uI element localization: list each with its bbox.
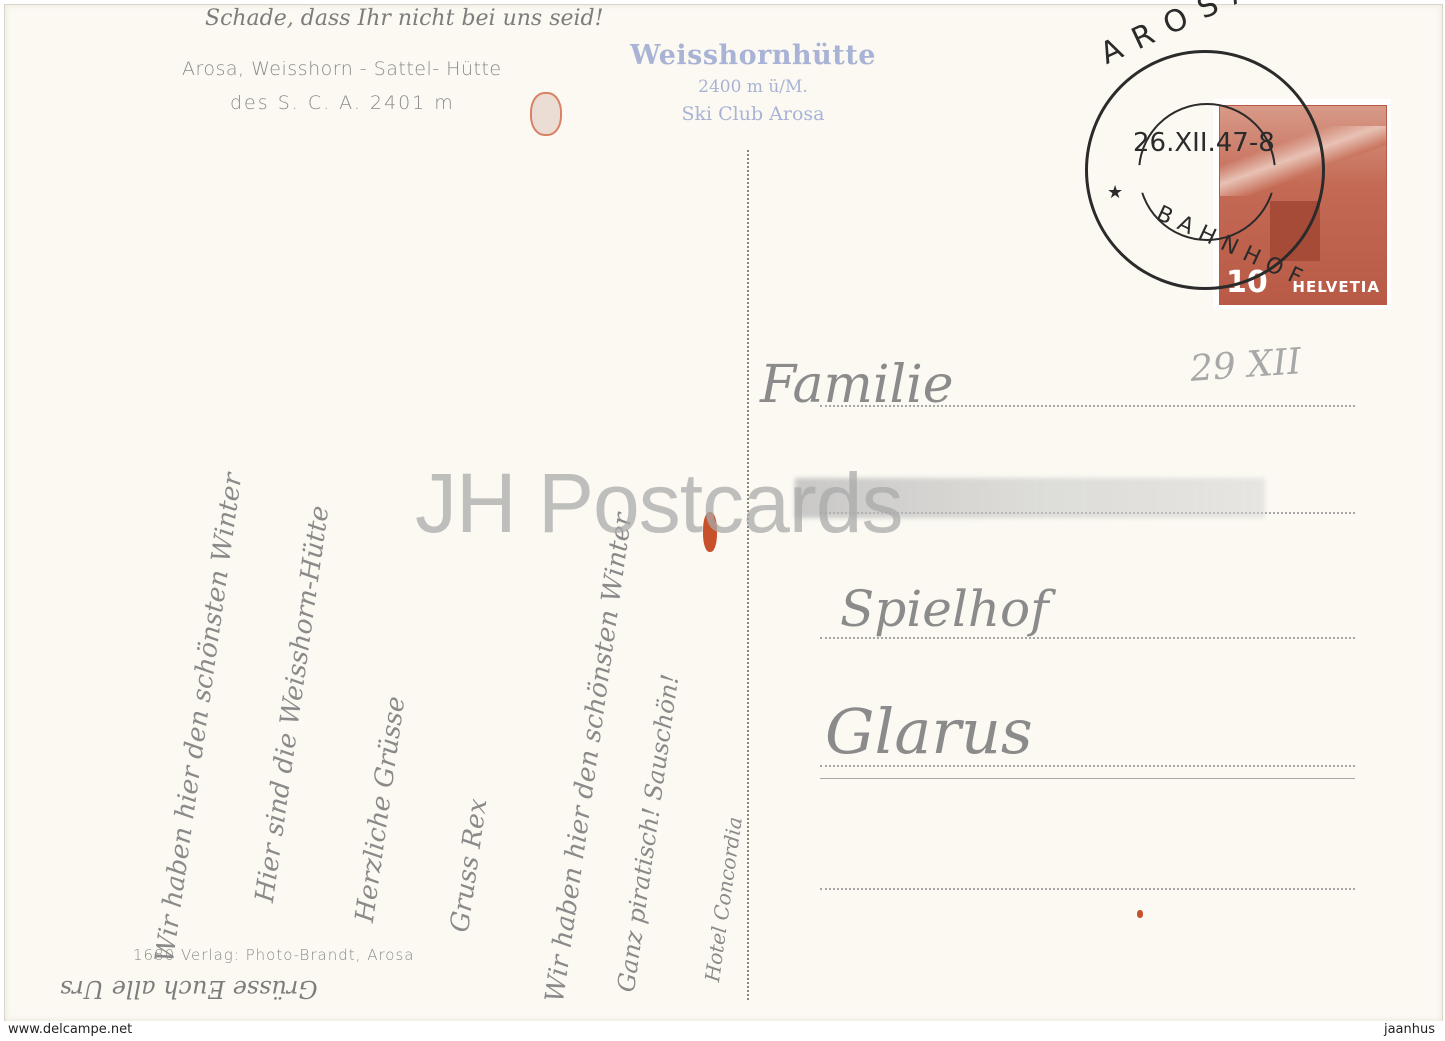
address-rule — [820, 888, 1355, 890]
source-credit: www.delcampe.net — [8, 1022, 132, 1037]
watermark: JH Postcards — [415, 455, 903, 552]
hut-rubber-stamp: Weisshornhütte 2400 m ü/M. Ski Club Aros… — [618, 40, 888, 125]
caption-line-1: Arosa, Weisshorn - Sattel- Hütte — [182, 58, 502, 80]
hut-stamp-altitude: 2400 m ü/M. — [618, 77, 888, 97]
postmark-date: 26.XII.47-8 — [1133, 128, 1275, 158]
caption-line-2: des S. C. A. 2401 m — [230, 92, 455, 114]
address-rule — [820, 765, 1355, 767]
paper-stain — [1137, 910, 1143, 918]
star-icon: ★ — [1107, 182, 1123, 203]
address-rule — [820, 637, 1355, 639]
postmark-circle — [1085, 50, 1325, 290]
address-line-4: Glarus — [825, 695, 1033, 768]
handwritten-bottom-line: Grüsse Euch alle Urs — [60, 975, 318, 1003]
address-line-3: Spielhof — [840, 580, 1049, 638]
center-divider — [747, 150, 749, 1000]
uploader-credit: jaanhus — [1384, 1022, 1435, 1037]
pencil-note: 29 XII — [1189, 341, 1303, 390]
footer-bar — [0, 1021, 1445, 1041]
handwritten-top-line: Schade, dass Ihr nicht bei uns seid! — [205, 6, 603, 31]
paper-stain — [530, 92, 562, 136]
address-rule — [820, 778, 1355, 779]
hut-stamp-club: Ski Club Arosa — [618, 103, 888, 125]
address-rule — [820, 405, 1355, 407]
hut-stamp-name: Weisshornhütte — [618, 40, 888, 71]
